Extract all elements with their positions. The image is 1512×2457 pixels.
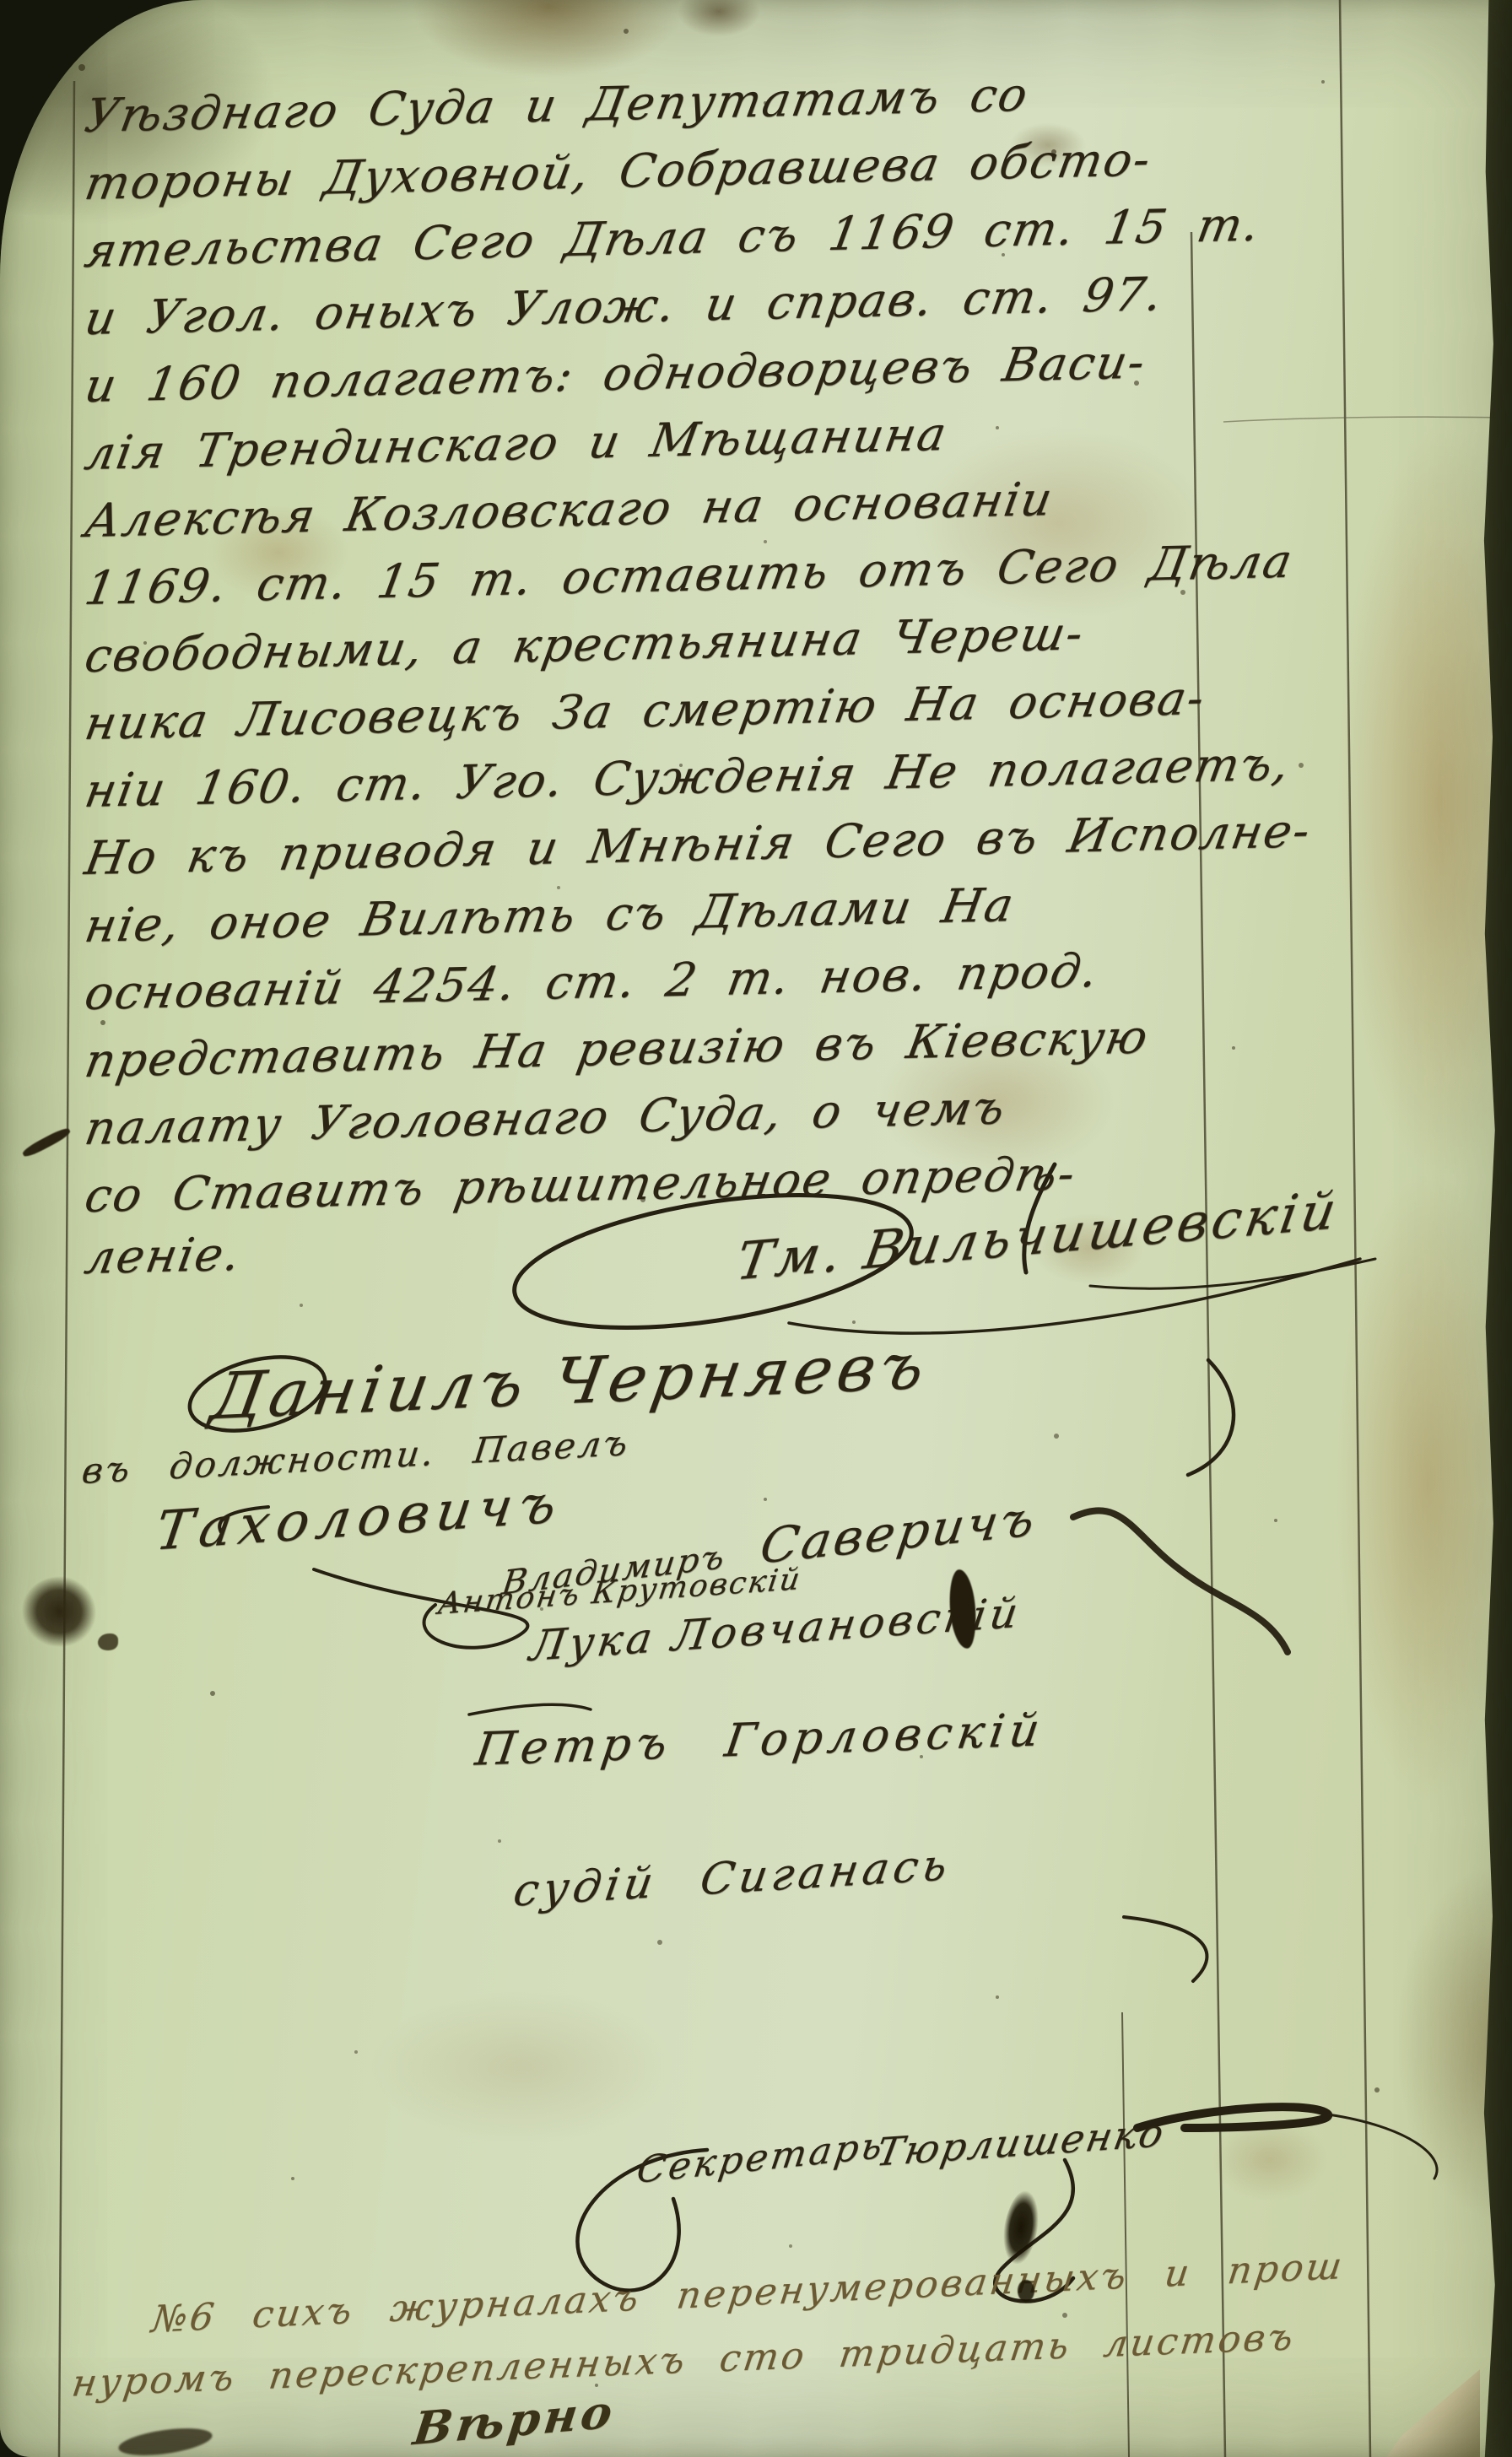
manuscript-scan: Уѣзднаго Суда и Депутатамъ со тороны Дух… — [0, 0, 1512, 2457]
ink-blot — [1018, 2280, 1034, 2302]
paper-sheet: Уѣзднаго Суда и Депутатамъ со тороны Дух… — [0, 0, 1512, 2457]
paper-specks — [0, 0, 3, 3]
ink-blot — [98, 1633, 118, 1650]
manuscript-line: леніе. — [81, 1227, 246, 1284]
